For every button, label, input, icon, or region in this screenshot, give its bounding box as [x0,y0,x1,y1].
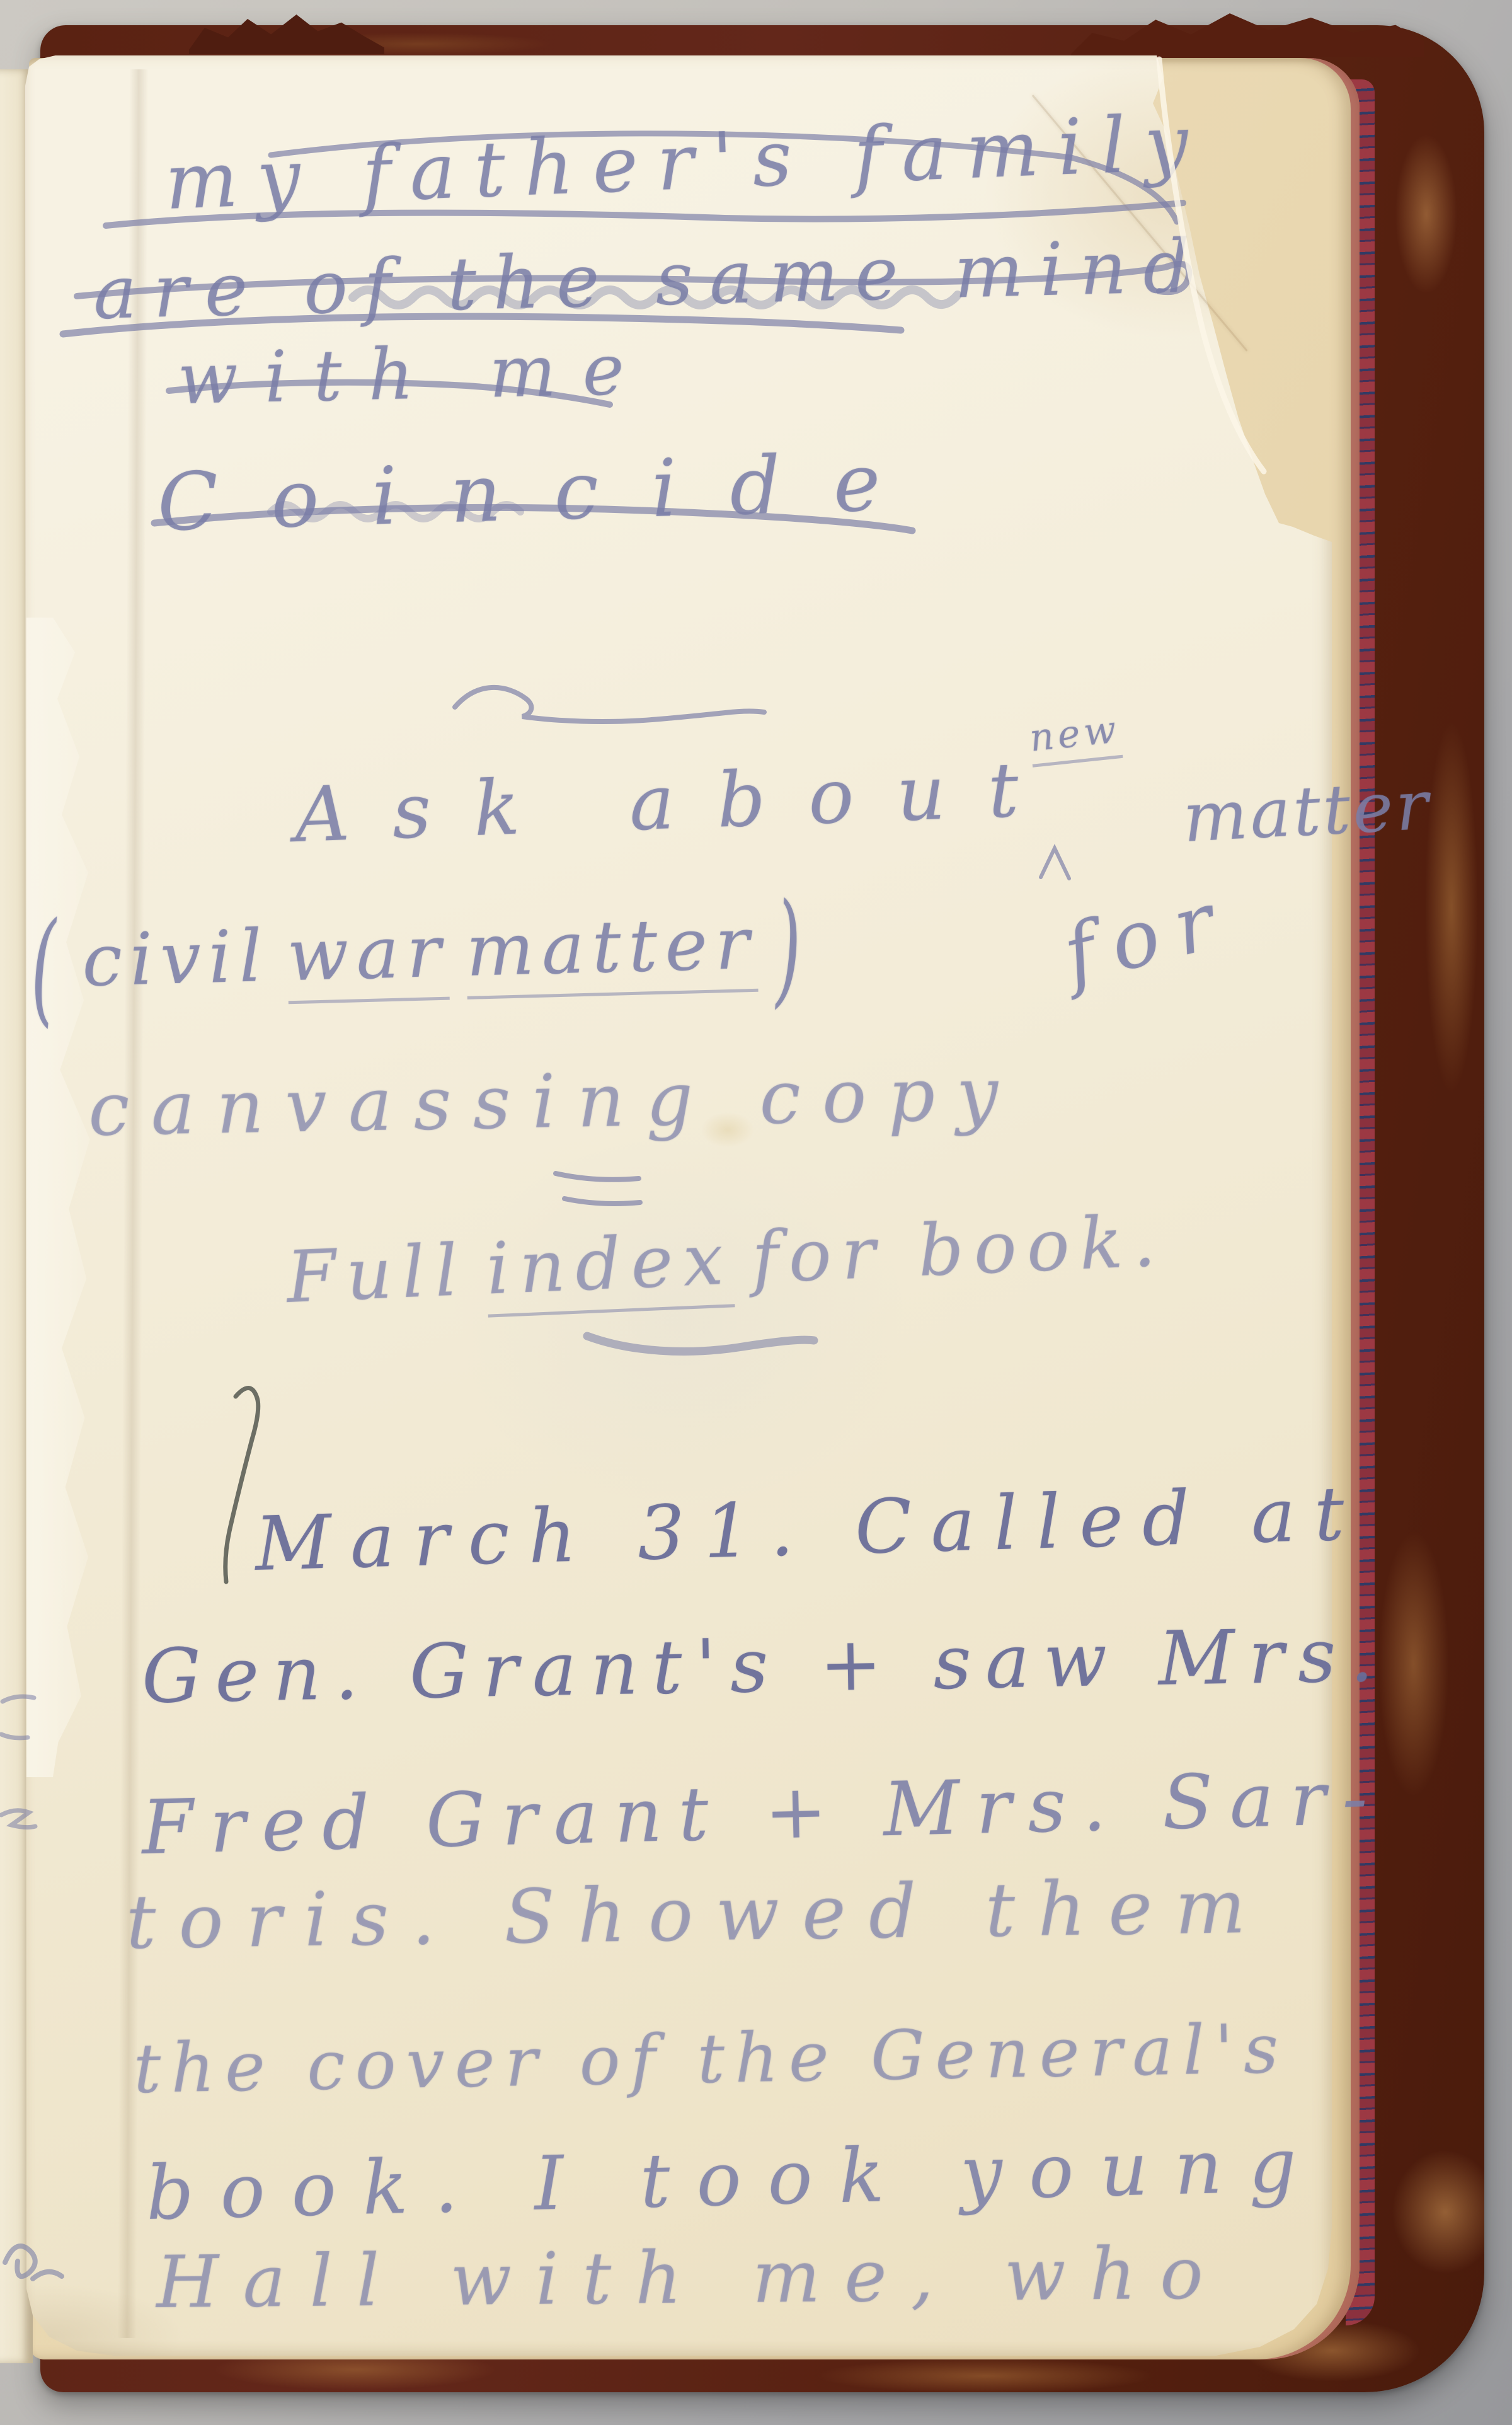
word-matter-underlined: matter [465,901,758,999]
word-index-underlined: index [484,1217,735,1317]
word-war-underlined: war [286,909,450,1005]
words-for-book: for book. [750,1199,1167,1299]
entry-line-7: Hall with me, who [156,2231,1227,2324]
entry-line-4: toris. Showed them [125,1863,1269,1966]
memo-canvassing-copy: canvassing copy [88,1050,1021,1153]
word-full: Full [285,1228,469,1319]
memo-matter: matter [1181,766,1433,858]
close-paren: ) [772,875,810,1020]
crossed-out-line-3: with me [177,328,651,420]
open-paren: ( [28,895,66,1040]
word-civil: civil [81,914,270,1003]
notebook-photograph: my father's family are of the same mind … [0,0,1512,2425]
